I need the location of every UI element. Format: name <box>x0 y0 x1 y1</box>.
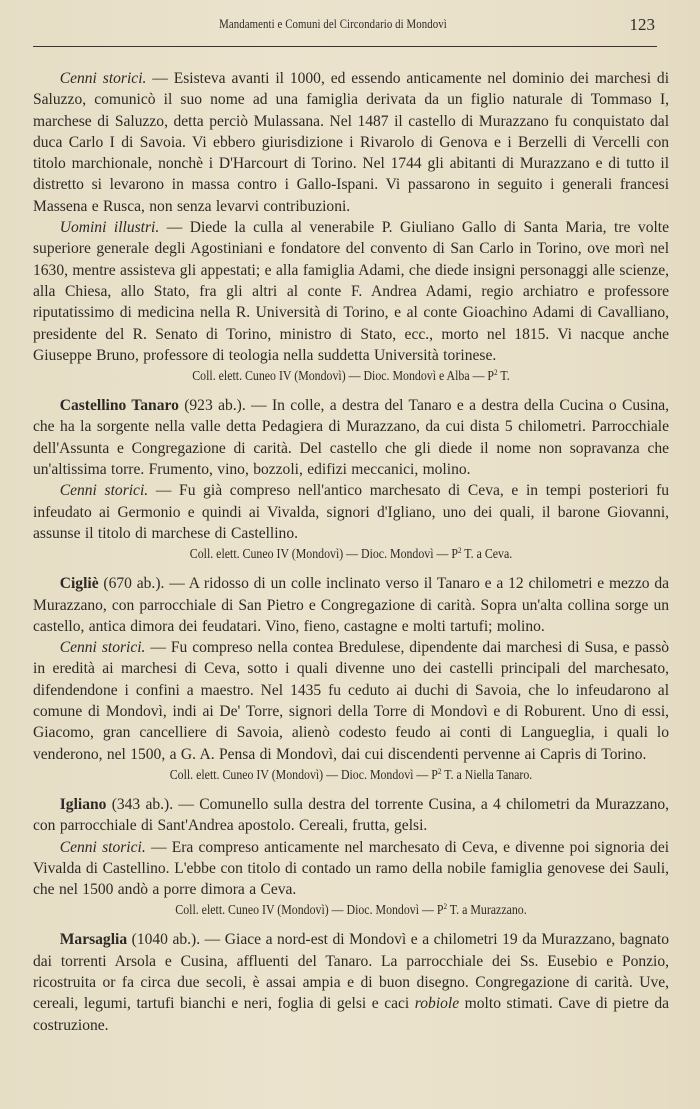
commune-name: Igliano <box>60 794 107 813</box>
section-label: Uomini illustri. <box>60 217 159 236</box>
entry-ciglie: Cigliè (670 ab.). — A ridosso di un coll… <box>33 572 669 784</box>
reference-line: Coll. elett. Cuneo IV (Mondovì) — Dioc. … <box>65 544 637 563</box>
reference-text: Coll. elett. Cuneo IV (Mondovì) — Dioc. … <box>170 767 438 782</box>
paragraph-cenni-storici: Cenni storici. — Fu compreso nella conte… <box>33 636 669 764</box>
entry-igliano: Igliano (343 ab.). — Comunello sulla des… <box>33 793 669 919</box>
entry-murazzano-continued: Cenni storici. — Esisteva avanti il 1000… <box>33 67 669 385</box>
paragraph-cenni-storici: Cenni storici. — Fu già compreso nell'an… <box>33 479 669 543</box>
book-page: Mandamenti e Comuni del Circondario di M… <box>33 0 669 38</box>
reference-text-end: T. a Ceva. <box>462 546 513 561</box>
entry-description: Castellino Tanaro (923 ab.). — In colle,… <box>33 394 669 479</box>
entry-marsaglia: Marsaglia (1040 ab.). — Giace a nord-est… <box>33 928 669 1034</box>
section-label: Cenni storici. <box>60 480 148 499</box>
population: (670 ab.). <box>99 573 165 592</box>
commune-name: Cigliè <box>60 573 99 592</box>
section-label: Cenni storici. <box>60 68 147 87</box>
paragraph-text: — Esisteva avanti il 1000, ed essendo an… <box>33 68 669 215</box>
paragraph-uomini-illustri: Uomini illustri. — Diede la culla al ven… <box>33 216 669 365</box>
paragraph-cenni-storici: Cenni storici. — Esisteva avanti il 1000… <box>33 67 669 216</box>
paragraph-text: — Diede la culla al venerabile P. Giulia… <box>33 217 669 364</box>
commune-name: Marsaglia <box>60 929 127 948</box>
reference-text-end: T. <box>498 368 510 383</box>
reference-text-end: T. a Murazzano. <box>447 902 527 917</box>
population: (343 ab.). <box>106 794 173 813</box>
reference-line: Coll. elett. Cuneo IV (Mondovì) — Dioc. … <box>65 900 637 919</box>
running-title: Mandamenti e Comuni del Circondario di M… <box>75 17 591 32</box>
entry-description: Marsaglia (1040 ab.). — Giace a nord-est… <box>33 928 669 1034</box>
section-label: Cenni storici. <box>60 837 146 856</box>
reference-line: Coll. elett. Cuneo IV (Mondovì) — Dioc. … <box>65 366 637 385</box>
reference-line: Coll. elett. Cuneo IV (Mondovì) — Dioc. … <box>65 765 637 784</box>
entry-castellino-tanaro: Castellino Tanaro (923 ab.). — In colle,… <box>33 394 669 563</box>
running-head: Mandamenti e Comuni del Circondario di M… <box>33 0 669 38</box>
reference-text: Coll. elett. Cuneo IV (Mondovì) — Dioc. … <box>190 546 458 561</box>
commune-name: Castellino Tanaro <box>60 395 179 414</box>
page-body: Cenni storici. — Esisteva avanti il 1000… <box>33 67 669 1035</box>
entry-description: Igliano (343 ab.). — Comunello sulla des… <box>33 793 669 836</box>
section-label: Cenni storici. <box>60 637 146 656</box>
cheese-name: robiole <box>415 993 459 1012</box>
population: (1040 ab.). <box>127 929 200 948</box>
reference-text: Coll. elett. Cuneo IV (Mondovì) — Dioc. … <box>175 902 443 917</box>
reference-text: Coll. elett. Cuneo IV (Mondovì) — Dioc. … <box>192 368 494 383</box>
population: (923 ab.). <box>179 395 246 414</box>
paragraph-cenni-storici: Cenni storici. — Era compreso anticament… <box>33 836 669 900</box>
entry-description: Cigliè (670 ab.). — A ridosso di un coll… <box>33 572 669 636</box>
reference-text-end: T. a Niella Tanaro. <box>441 767 532 782</box>
page-number: 123 <box>630 15 656 35</box>
header-rule <box>33 46 657 47</box>
